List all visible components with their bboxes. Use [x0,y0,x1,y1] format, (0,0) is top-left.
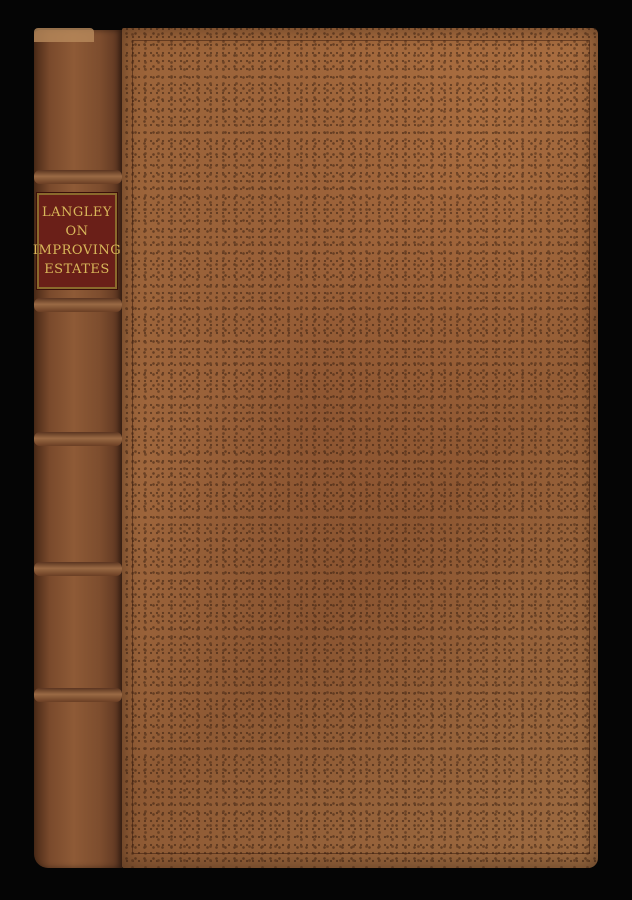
spine-raised-band [34,688,122,702]
spine-label-line: ON [65,222,88,241]
spine-raised-band [34,562,122,576]
spine-raised-band [34,170,122,184]
book-spine [34,30,122,868]
spine-title-label: LANGLEY ON IMPROVING ESTATES [36,192,118,290]
spine-headcap [34,28,94,42]
spine-raised-band [34,432,122,446]
book-front-cover [122,28,598,868]
spine-label-line: LANGLEY [42,203,112,222]
book-photo: LANGLEY ON IMPROVING ESTATES [0,0,632,900]
spine-raised-band [34,298,122,312]
spine-label-line: ESTATES [44,260,110,279]
blind-rule-border [132,40,590,854]
spine-label-line: IMPROVING [33,241,121,260]
